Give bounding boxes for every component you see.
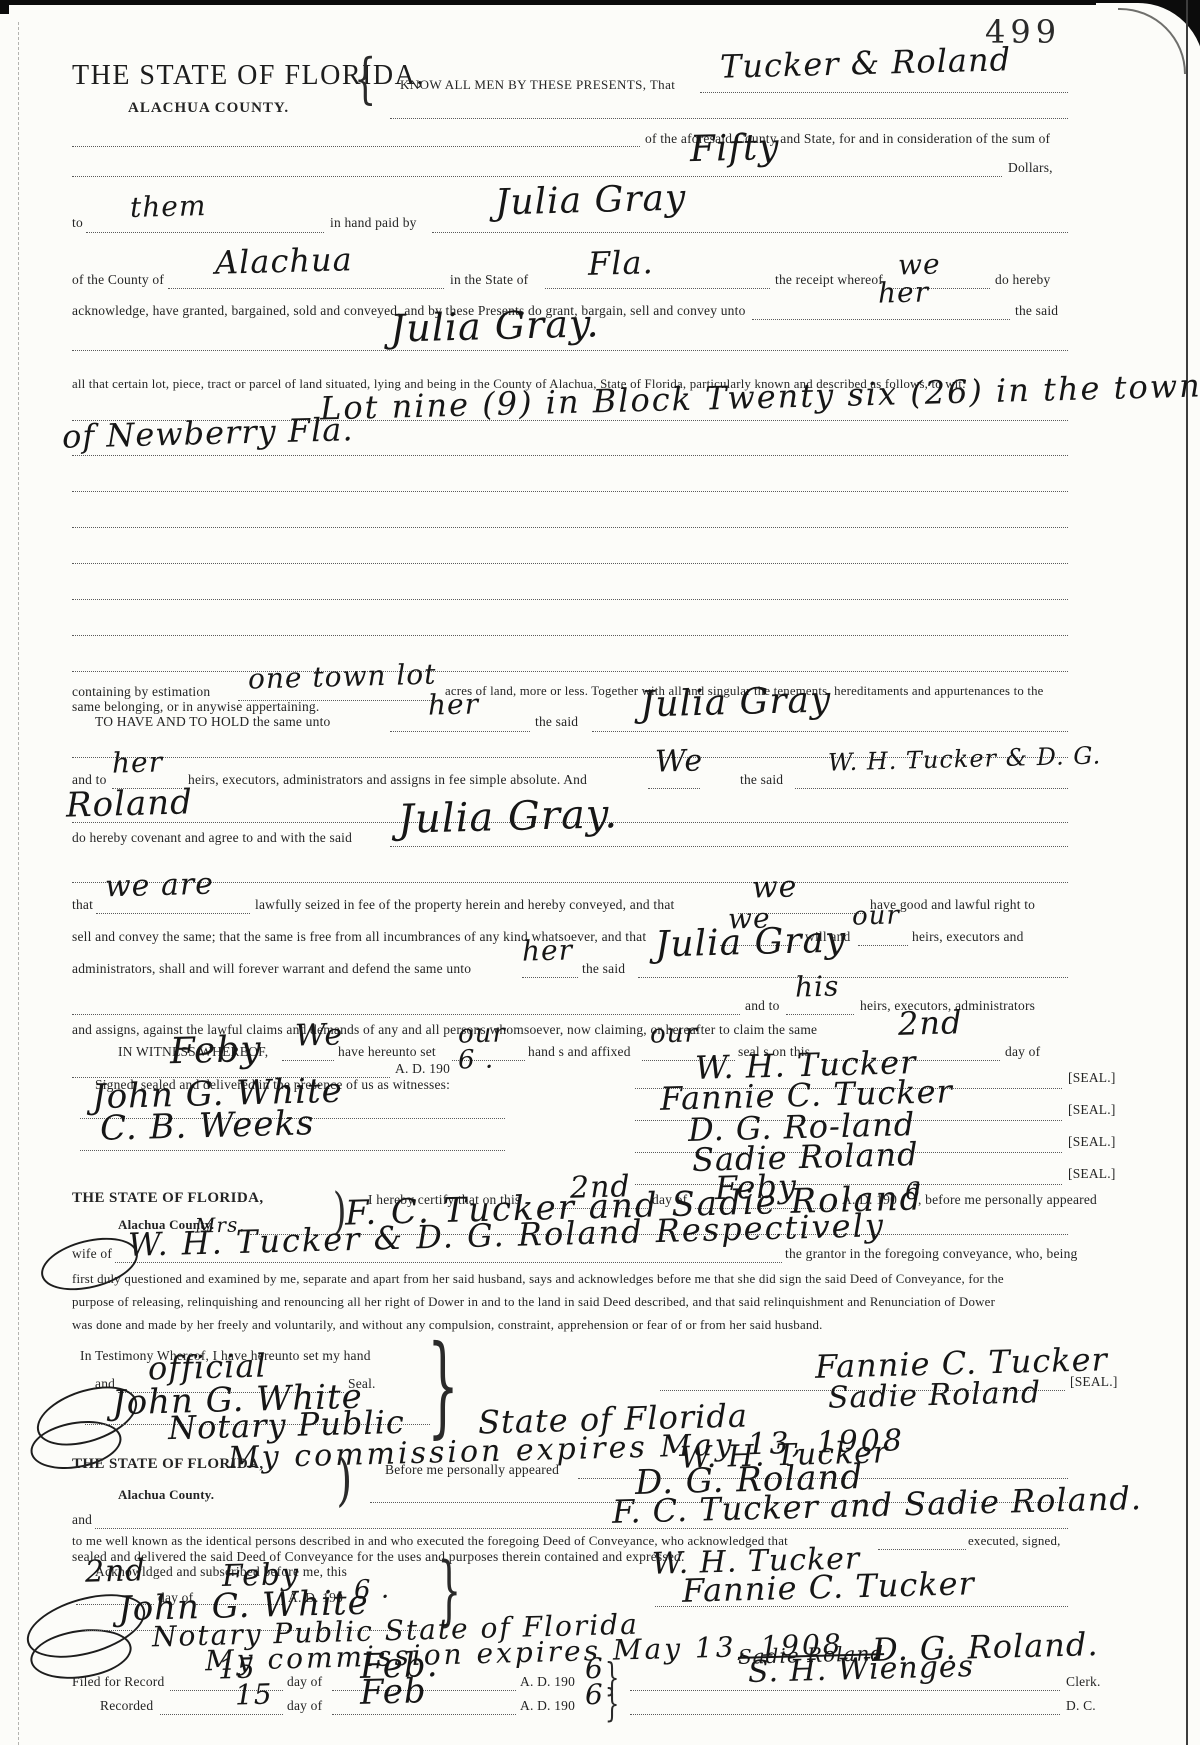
dotted-rule xyxy=(592,731,1068,732)
hw-grantee-covenant: Julia Gray. xyxy=(398,795,619,839)
hw-town-description: of Newberry Fla. xyxy=(62,414,354,452)
label-filed-day-of: day of xyxy=(287,1674,322,1690)
line-sealed-delivered: sealed and delivered the said Deed of Co… xyxy=(72,1549,685,1565)
dotted-rule xyxy=(72,350,1068,351)
line-seized: lawfully seized in fee of the property h… xyxy=(255,897,674,913)
dotted-rule xyxy=(96,913,250,914)
dotted-rule xyxy=(168,288,444,289)
dotted-rule xyxy=(72,491,1068,492)
dotted-rule xyxy=(72,671,1068,672)
dotted-rule xyxy=(72,635,1068,636)
dotted-rule xyxy=(72,563,1068,564)
dotted-rule xyxy=(72,599,1068,600)
masthead-county: ALACHUA COUNTY. xyxy=(128,100,289,117)
hw-grantors-names: W. H. Tucker & D. G. xyxy=(828,744,1102,774)
page-right-edge xyxy=(1186,0,1188,1745)
label-dollars: Dollars, xyxy=(1008,160,1053,176)
dotted-rule xyxy=(72,146,640,147)
recorded-brace: } xyxy=(605,1684,620,1722)
dotted-rule xyxy=(752,319,1010,320)
hw-her-unto: her xyxy=(878,279,930,307)
label-dc: D. C. xyxy=(1066,1698,1096,1714)
dotted-rule xyxy=(648,788,700,789)
dotted-rule xyxy=(86,232,324,233)
hw-roland: Roland xyxy=(66,786,194,822)
dotted-rule xyxy=(72,527,1068,528)
label-do-hereby: do hereby xyxy=(995,272,1050,288)
dotted-rule xyxy=(390,846,1068,847)
hw-her-defend: her xyxy=(522,937,574,965)
hw-grantors: Tucker & Roland xyxy=(720,44,1012,82)
scan-edge-corner xyxy=(0,0,9,14)
hw-sum-amount: Fifty xyxy=(690,131,780,168)
dotted-rule xyxy=(638,977,1068,978)
label-to: to xyxy=(72,215,83,231)
hw-day-2nd: 2nd xyxy=(898,1007,963,1039)
hw-we-said: We xyxy=(655,747,704,777)
seal-label-2: [SEAL.] xyxy=(1068,1102,1116,1118)
label-filed-ad: A. D. 190 xyxy=(520,1674,575,1690)
label-recorded-ad: A. D. 190 xyxy=(520,1698,575,1714)
hw-clerk-signature: S. H. Wienges xyxy=(748,1653,975,1687)
hw-month-feby: Feby xyxy=(170,1033,263,1070)
label-heirs-executors: heirs, executors and xyxy=(912,929,1024,945)
hw-our-seal: our xyxy=(650,1021,698,1047)
dotted-rule xyxy=(795,788,1068,789)
line-heirs-simple: heirs, executors, administrators and ass… xyxy=(188,772,587,788)
hw-ack-sig-fannie: Fannie C. Tucker xyxy=(682,1568,976,1606)
scan-edge-top xyxy=(0,0,1145,5)
dotted-rule xyxy=(390,731,530,732)
dotted-rule xyxy=(160,1714,283,1715)
dotted-rule xyxy=(72,455,1068,456)
label-recorded: Recorded xyxy=(100,1698,153,1714)
dotted-rule xyxy=(545,288,770,289)
dotted-rule xyxy=(95,1528,1068,1529)
dotted-rule xyxy=(332,1714,516,1715)
dotted-rule xyxy=(700,92,1068,93)
dower-line-2: purpose of releasing, relinquishing and … xyxy=(72,1295,995,1310)
binding-edge-line xyxy=(18,22,19,1745)
dotted-rule xyxy=(655,1606,1068,1607)
label-recorded-day-of: day of xyxy=(287,1698,322,1714)
dotted-rule xyxy=(72,1014,740,1015)
dotted-rule xyxy=(630,1714,1060,1715)
hw-we-2: we xyxy=(752,873,798,903)
line-before-appeared: Before me personally appeared xyxy=(385,1462,559,1478)
hw-estimation: one town lot xyxy=(248,662,437,694)
hw-we-are: we are xyxy=(105,871,215,902)
label-the-said-4: the said xyxy=(582,961,625,977)
label-filed: Filed for Record xyxy=(72,1674,164,1690)
seal-label-3: [SEAL.] xyxy=(1068,1134,1116,1150)
seal-label-4: [SEAL.] xyxy=(1068,1166,1116,1182)
label-before-appeared: , before me personally appeared xyxy=(918,1192,1097,1208)
dotted-rule xyxy=(390,118,1068,119)
hw-them: them xyxy=(130,193,207,222)
masthead-brace: { xyxy=(354,52,376,106)
line-covenant: do hereby covenant and agree to and with… xyxy=(72,830,352,846)
label-executed-signed: executed, signed, xyxy=(968,1534,1061,1549)
ack-brace: ) xyxy=(336,1450,352,1508)
testimony-brace: } xyxy=(427,1330,459,1440)
ack-county-heading: Alachua County. xyxy=(118,1488,214,1503)
hw-payer: Julia Gray xyxy=(495,182,687,221)
dotted-rule xyxy=(878,1549,966,1550)
dotted-rule xyxy=(80,1150,505,1151)
label-and-to-2: and to xyxy=(745,998,780,1014)
deed-record-page: 499 THE STATE OF FLORIDA, ALACHUA COUNTY… xyxy=(0,0,1200,1745)
label-of-county: of the County of xyxy=(72,272,164,288)
label-hereunto-set: have hereunto set xyxy=(338,1044,436,1060)
label-receipt: the receipt whereof xyxy=(775,272,883,288)
line-same-belonging: same belonging, or in anywise appertaini… xyxy=(72,699,319,715)
label-clerk: Clerk. xyxy=(1066,1674,1101,1690)
hw-our-heirs: our xyxy=(852,903,900,929)
dotted-rule xyxy=(72,882,1068,883)
label-containing: containing by estimation xyxy=(72,684,210,700)
hw-witness-weeks: C. B. Weeks xyxy=(100,1107,315,1145)
label-ad-190: A. D. 190 xyxy=(395,1061,450,1077)
hw-year-6: 6 . xyxy=(458,1048,495,1074)
know-all-men-line: KNOW ALL MEN BY THESE PRESENTS, That xyxy=(400,78,675,93)
dotted-rule xyxy=(282,1060,334,1061)
ack-state-heading: THE STATE OF FLORIDA, xyxy=(72,1456,263,1473)
hw-his: his xyxy=(795,973,840,1001)
dotted-rule xyxy=(522,977,578,978)
hw-grantee: Julia Gray. xyxy=(390,305,600,347)
hw-recorded-year: 6 xyxy=(585,1682,605,1709)
hw-grantee-tohave: Julia Gray xyxy=(640,684,832,723)
line-administrators: administrators, shall and will forever w… xyxy=(72,961,471,977)
label-the-said-3: the said xyxy=(740,772,783,788)
seal-label-5: [SEAL.] xyxy=(1070,1374,1118,1390)
dower-state-heading: THE STATE OF FLORIDA, xyxy=(72,1190,263,1207)
label-that: that xyxy=(72,897,93,913)
label-and-3: and xyxy=(72,1512,92,1528)
label-in-hand-paid: in hand paid by xyxy=(330,215,417,231)
hw-ack-day: 2nd xyxy=(85,1557,146,1587)
label-hands-affixed: hand s and affixed xyxy=(528,1044,631,1060)
hw-her-heirs: her xyxy=(112,749,164,777)
dotted-rule xyxy=(72,176,1002,177)
line-to-have: TO HAVE AND TO HOLD the same unto xyxy=(95,714,330,730)
hw-our-hand: our xyxy=(458,1021,506,1047)
dotted-rule xyxy=(786,1014,854,1015)
hw-her-tohave: her xyxy=(428,691,480,719)
dower-line-1: first duly questioned and examined by me… xyxy=(72,1272,1004,1287)
label-the-said-2: the said xyxy=(535,714,578,730)
label-in-state: in the State of xyxy=(450,272,528,288)
hw-state: Fla. xyxy=(588,247,654,279)
dotted-rule xyxy=(858,945,908,946)
dotted-rule xyxy=(115,1262,782,1263)
dotted-rule xyxy=(630,1690,1060,1691)
hw-we-witness: We xyxy=(295,1021,344,1051)
dotted-rule xyxy=(432,232,1068,233)
seal-label-1: [SEAL.] xyxy=(1068,1070,1116,1086)
hw-grantee-defend: Julia Gray xyxy=(655,924,847,963)
hw-county: Alachua xyxy=(215,244,353,278)
label-day-of: day of xyxy=(1005,1044,1040,1060)
label-the-said: the said xyxy=(1015,303,1058,319)
hw-recorded-day: 15 xyxy=(235,1682,273,1710)
line-grantor: the grantor in the foregoing conveyance,… xyxy=(785,1246,1077,1262)
hw-sadie-below: Sadie Roland xyxy=(828,1379,1042,1413)
hw-recorded-month: Feb xyxy=(360,1675,427,1709)
